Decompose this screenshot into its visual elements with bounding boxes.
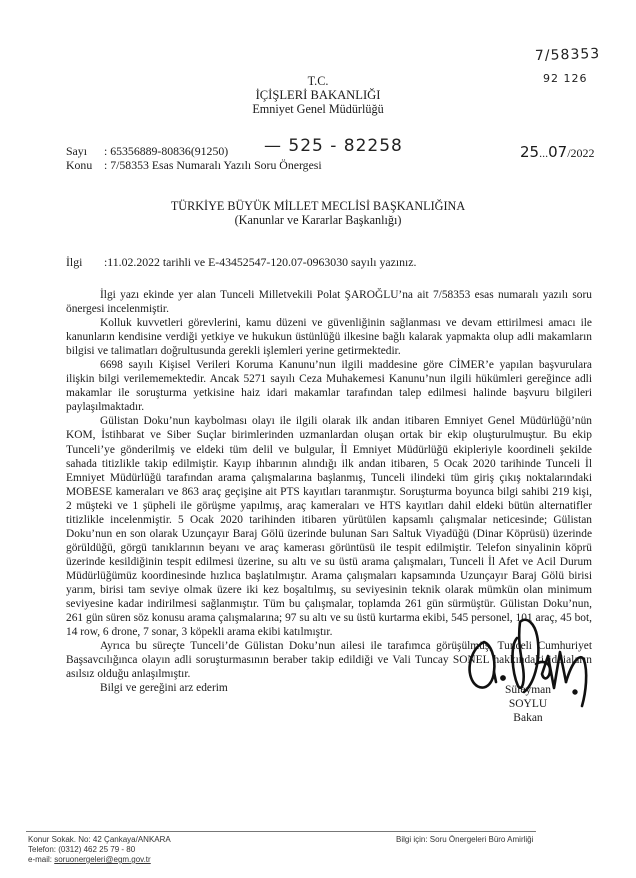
handwritten-reference-number: 7/58353 bbox=[535, 46, 601, 64]
date-year: /2022 bbox=[567, 146, 594, 160]
footer-phone: Telefon: (0312) 462 25 79 - 80 bbox=[28, 845, 171, 855]
signatory-title: Bakan bbox=[488, 711, 568, 725]
sayi-value: : 65356889-80836(91250) bbox=[104, 144, 228, 158]
header-ministry: İÇİŞLERİ BAKANLIĞI bbox=[0, 88, 636, 102]
ilgi-row: İlgi:11.02.2022 tarihli ve E-43452547-12… bbox=[66, 255, 416, 269]
body-paragraph: Gülistan Doku’nun kaybolması olayı ile i… bbox=[66, 414, 592, 639]
konu-label: Konu bbox=[66, 158, 104, 172]
body-paragraph: İlgi yazı ekinde yer alan Tunceli Millet… bbox=[66, 288, 592, 316]
body-paragraph: Kolluk kuvvetleri görevlerini, kamu düze… bbox=[66, 316, 592, 358]
konu-value: : 7/58353 Esas Numaralı Yazılı Soru Öner… bbox=[104, 158, 322, 172]
addressee-title: TÜRKİYE BÜYÜK MİLLET MECLİSİ BAŞKANLIĞIN… bbox=[0, 199, 636, 213]
handwritten-sayi-suffix: — 525 - 82258 bbox=[264, 136, 403, 156]
footer-address: Konur Sokak. No: 42 Çankaya/ANKARA bbox=[28, 835, 171, 845]
footer-email-label: e-mail: bbox=[28, 855, 54, 864]
signatory-name: Süleyman SOYLU bbox=[488, 683, 568, 711]
date-day: 25 bbox=[520, 143, 539, 161]
footer-info: Bilgi için: Soru Önergeleri Büro Amirliğ… bbox=[396, 835, 533, 844]
signatory: Süleyman SOYLU Bakan bbox=[488, 683, 568, 725]
footer-email-row: e-mail: soruonergeleri@egm.gov.tr bbox=[28, 855, 171, 865]
header-republic: T.C. bbox=[0, 74, 636, 88]
footer-divider bbox=[26, 831, 536, 832]
body-paragraph: 6698 sayılı Kişisel Verileri Koruma Kanu… bbox=[66, 358, 592, 414]
ilgi-value: :11.02.2022 tarihli ve E-43452547-120.07… bbox=[104, 255, 416, 269]
header-department: Emniyet Genel Müdürlüğü bbox=[0, 102, 636, 116]
ilgi-label: İlgi bbox=[66, 255, 104, 269]
footer-contact: Konur Sokak. No: 42 Çankaya/ANKARA Telef… bbox=[28, 835, 171, 865]
footer-email-link[interactable]: soruonergeleri@egm.gov.tr bbox=[54, 855, 150, 864]
date-separator: ... bbox=[539, 146, 548, 160]
addressee-subtitle: (Kanunlar ve Kararlar Başkanlığı) bbox=[0, 213, 636, 227]
document-date: 25...07/2022 bbox=[520, 143, 595, 161]
sayi-row: Sayı: 65356889-80836(91250) bbox=[66, 144, 228, 158]
konu-row: Konu: 7/58353 Esas Numaralı Yazılı Soru … bbox=[66, 158, 322, 172]
sayi-label: Sayı bbox=[66, 144, 104, 158]
date-month: 07 bbox=[548, 143, 567, 161]
